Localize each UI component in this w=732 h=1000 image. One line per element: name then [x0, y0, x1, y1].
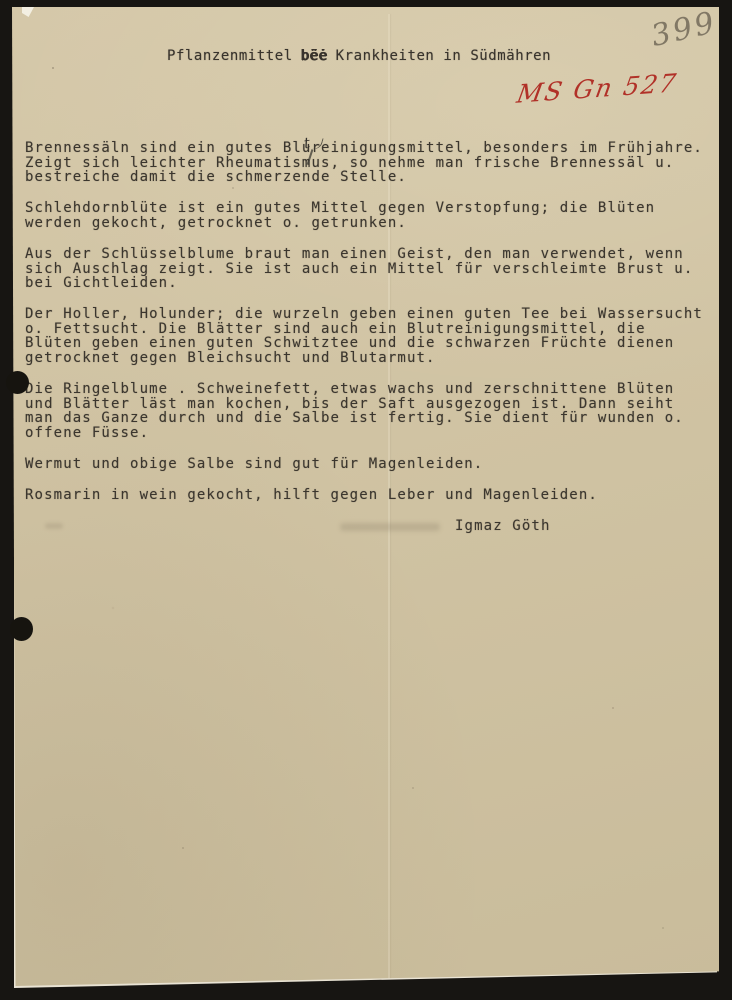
paragraph-schlehdorn: Schlehdornblüte ist ein gutes Mittel geg…	[25, 201, 725, 230]
text-line: Blüten geben einen guten Schwitztee und …	[25, 336, 725, 351]
text-line: werden gekocht, getrocknet o. getrunken.	[25, 216, 725, 231]
text-line: getrocknet gegen Bleichsucht und Blutarm…	[25, 351, 725, 366]
typewritten-body: Brennessäln sind ein gutes Blutreinigung…	[25, 141, 725, 534]
text-line: offene Füsse.	[25, 426, 725, 441]
hole-punch-top	[6, 371, 29, 394]
text-line: Der Holler, Holunder; die wurzeln geben …	[25, 307, 725, 322]
paragraph-brennessel: Brennessäln sind ein gutes Blutreinigung…	[25, 141, 725, 185]
title-text-left: Pflanzenmittel	[167, 48, 293, 64]
paragraph-rosmarin: Rosmarin in wein gekocht, hilft gegen Le…	[25, 488, 725, 503]
text-line: bestreiche damit die schmerzende Stelle.	[25, 170, 725, 185]
text-line: Zeigt sich leichter Rheumatismus, so neh…	[25, 156, 725, 171]
signature-row: Igmaz Göth	[25, 519, 725, 534]
text-segment: reinigungsmittel, besonders im Frühjahre…	[311, 140, 703, 156]
paragraph-wermut: Wermut und obige Salbe sind gut für Mage…	[25, 457, 725, 472]
text-line: Die Ringelblume . Schweinefett, etwas wa…	[25, 382, 725, 397]
title-text-right: Krankheiten in Südmähren	[336, 48, 552, 64]
paragraph-schluesselblume: Aus der Schlüsselblume braut man einen G…	[25, 247, 725, 291]
scan-corner-speck	[22, 7, 34, 17]
signature: Igmaz Göth	[455, 519, 725, 534]
text-line: Wermut und obige Salbe sind gut für Mage…	[25, 457, 725, 472]
title-overstruck-word: bëė	[301, 48, 328, 64]
text-line: Brennessäln sind ein gutes Blutreinigung…	[25, 141, 725, 156]
text-line: Rosmarin in wein gekocht, hilft gegen Le…	[25, 488, 725, 503]
hole-punch-bottom	[10, 617, 33, 641]
document-title: PflanzenmittelbëėKrankheiten in Südmähre…	[167, 48, 551, 64]
erased-smudge	[340, 523, 440, 531]
paragraph-holler: Der Holler, Holunder; die wurzeln geben …	[25, 307, 725, 365]
text-line: sich Auschlag zeigt. Sie ist auch ein Mi…	[25, 262, 725, 277]
text-line: man das Ganze durch und die Salbe ist fe…	[25, 411, 725, 426]
paragraph-ringelblume: Die Ringelblume . Schweinefett, etwas wa…	[25, 382, 725, 440]
faint-smudge	[45, 523, 63, 529]
paper-specks	[52, 67, 54, 69]
text-line: bei Gichtleiden.	[25, 276, 725, 291]
text-line: Schlehdornblüte ist ein gutes Mittel geg…	[25, 201, 725, 216]
text-line: Aus der Schlüsselblume braut man einen G…	[25, 247, 725, 262]
text-segment: Brennessäln sind ein gutes Blu	[25, 140, 311, 156]
